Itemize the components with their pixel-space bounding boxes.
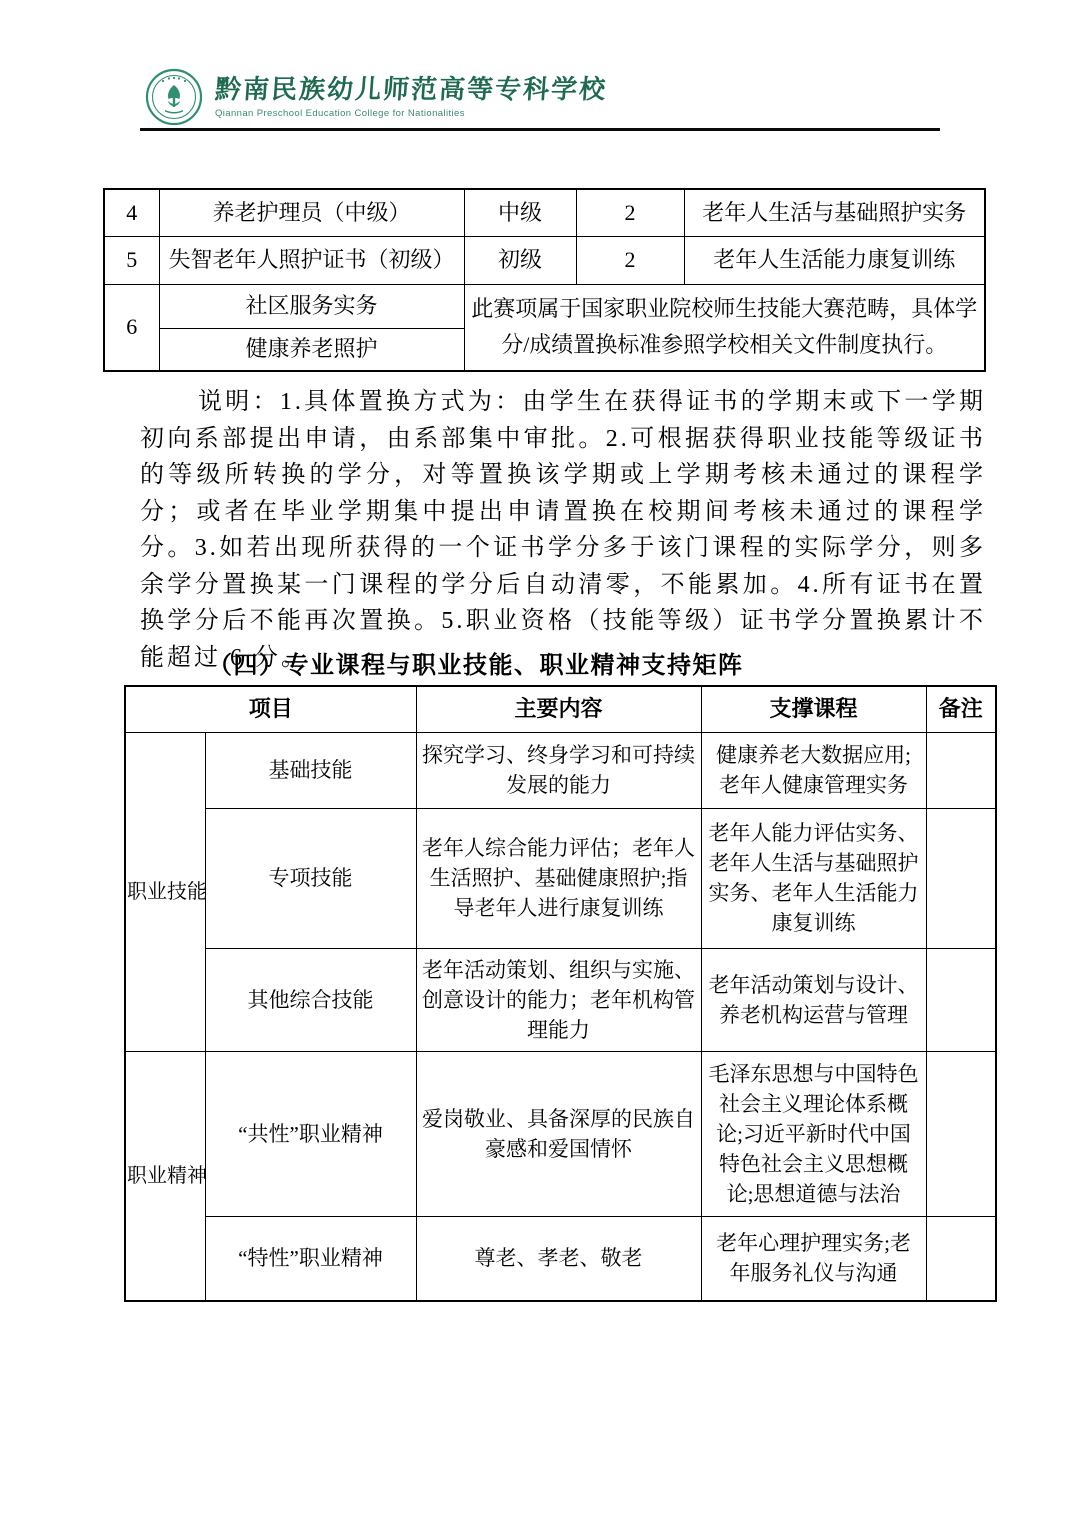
college-name-zh: 黔南民族幼儿师范高等专科学校 [214, 75, 608, 105]
cert-name-cell: 社区服务实务 [159, 284, 464, 328]
matrix-content-cell: 爱岗敬业、具备深厚的民族自豪感和爱国情怀 [416, 1051, 701, 1216]
matrix-sub-cell: 其他综合技能 [205, 948, 416, 1051]
matrix-row-common-spirit: 职业精神 “共性”职业精神 爱岗敬业、具备深厚的民族自豪感和爱国情怀 毛泽东思想… [125, 1051, 996, 1216]
matrix-header-remark: 备注 [926, 686, 996, 732]
cert-credits-cell: 2 [576, 236, 684, 284]
matrix-content-cell: 老年活动策划、组织与实施、创意设计的能力；老年机构管理能力 [416, 948, 701, 1051]
cert-course-cell: 老年人生活能力康复训练 [684, 236, 985, 284]
matrix-row-basic-skills: 职业技能 基础技能 探究学习、终身学习和可持续发展的能力 健康养老大数据应用;老… [125, 732, 996, 808]
page-header: 黔南民族幼儿师范高等专科学校 Qiannan Preschool Educati… [145, 68, 607, 126]
matrix-row-particular-spirit: “特性”职业精神 尊老、孝老、敬老 老年心理护理实务;老年服务礼仪与沟通 [125, 1216, 996, 1301]
matrix-content-cell: 老年人综合能力评估；老年人生活照护、基础健康照护;指导老年人进行康复训练 [416, 808, 701, 948]
certificate-table: 4 养老护理员（中级） 中级 2 老年人生活与基础照护实务 5 失智老年人照护证… [103, 188, 986, 372]
cert-row-5: 5 失智老年人照护证书（初级） 初级 2 老年人生活能力康复训练 [104, 236, 985, 284]
matrix-row-special-skills: 专项技能 老年人综合能力评估；老年人生活照护、基础健康照护;指导老年人进行康复训… [125, 808, 996, 948]
notes-paragraph: 说明：1.具体置换方式为：由学生在获得证书的学期末或下一学期初向系部提出申请，由… [140, 384, 986, 676]
matrix-courses-cell: 老年活动策划与设计、养老机构运营与管理 [701, 948, 926, 1051]
matrix-sub-cell: “共性”职业精神 [205, 1051, 416, 1216]
section-heading: （四）专业课程与职业技能、职业精神支持矩阵 [208, 645, 744, 680]
college-name-en: Qiannan Preschool Education College for … [215, 108, 607, 119]
matrix-remark-cell [926, 948, 996, 1051]
matrix-sub-cell: 基础技能 [205, 732, 416, 808]
cert-row-4: 4 养老护理员（中级） 中级 2 老年人生活与基础照护实务 [104, 189, 985, 236]
matrix-sub-cell: “特性”职业精神 [205, 1216, 416, 1301]
cert-name-cell: 失智老年人照护证书（初级） [159, 236, 464, 284]
matrix-courses-cell: 老年人能力评估实务、老年人生活与基础照护实务、老年人生活能力康复训练 [701, 808, 926, 948]
matrix-header-courses: 支撑课程 [701, 686, 926, 732]
matrix-table: 项目 主要内容 支撑课程 备注 职业技能 基础技能 探究学习、终身学习和可持续发… [124, 685, 997, 1302]
matrix-remark-cell [926, 732, 996, 808]
matrix-group-vocational-spirit: 职业精神 [125, 1051, 205, 1301]
cert-name-cell: 健康养老照护 [159, 328, 464, 371]
cert-level-cell: 中级 [464, 189, 576, 236]
cert-no-cell: 6 [104, 284, 159, 371]
cert-no-cell: 5 [104, 236, 159, 284]
matrix-group-vocational-skills: 职业技能 [125, 732, 205, 1051]
matrix-row-other-skills: 其他综合技能 老年活动策划、组织与实施、创意设计的能力；老年机构管理能力 老年活… [125, 948, 996, 1051]
matrix-header-row: 项目 主要内容 支撑课程 备注 [125, 686, 996, 732]
header-rule [140, 128, 940, 131]
matrix-header-item: 项目 [125, 686, 416, 732]
college-name-block: 黔南民族幼儿师范高等专科学校 Qiannan Preschool Educati… [215, 75, 607, 119]
matrix-header-content: 主要内容 [416, 686, 701, 732]
matrix-remark-cell [926, 808, 996, 948]
matrix-courses-cell: 老年心理护理实务;老年服务礼仪与沟通 [701, 1216, 926, 1301]
matrix-content-cell: 探究学习、终身学习和可持续发展的能力 [416, 732, 701, 808]
matrix-courses-cell: 毛泽东思想与中国特色社会主义理论体系概论;习近平新时代中国特色社会主义思想概论;… [701, 1051, 926, 1216]
cert-row-6a: 6 社区服务实务 此赛项属于国家职业院校师生技能大赛范畴，具体学分/成绩置换标准… [104, 284, 985, 328]
matrix-remark-cell [926, 1051, 996, 1216]
matrix-content-cell: 尊老、孝老、敬老 [416, 1216, 701, 1301]
cert-level-cell: 初级 [464, 236, 576, 284]
matrix-courses-cell: 健康养老大数据应用;老年人健康管理实务 [701, 732, 926, 808]
college-logo-icon [145, 68, 203, 126]
cert-merged-note-cell: 此赛项属于国家职业院校师生技能大赛范畴，具体学分/成绩置换标准参照学校相关文件制… [464, 284, 985, 371]
cert-credits-cell: 2 [576, 189, 684, 236]
cert-no-cell: 4 [104, 189, 159, 236]
matrix-sub-cell: 专项技能 [205, 808, 416, 948]
matrix-remark-cell [926, 1216, 996, 1301]
cert-name-cell: 养老护理员（中级） [159, 189, 464, 236]
cert-course-cell: 老年人生活与基础照护实务 [684, 189, 985, 236]
